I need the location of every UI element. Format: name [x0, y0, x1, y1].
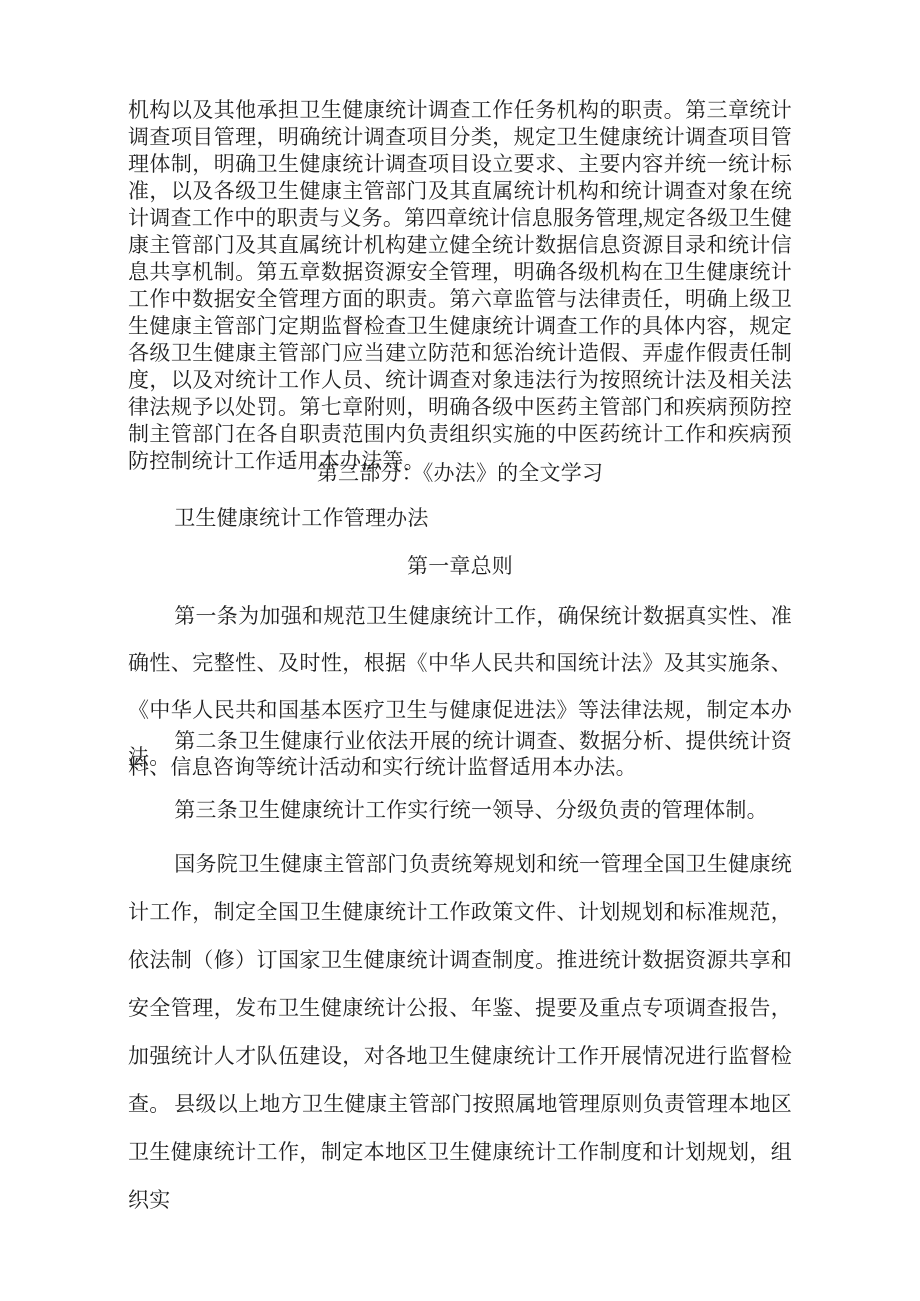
article-3-paragraph: 第三条卫生健康统计工作实行统一领导、分级负责的管理体制。 [128, 797, 792, 823]
article-2-paragraph: 第二条卫生健康行业依法开展的统计调查、数据分析、提供统计资料、信息咨询等统计活动… [128, 728, 792, 780]
doc-title: 卫生健康统计工作管理办法 [128, 505, 792, 531]
county-level-paragraph: 县级以上地方卫生健康主管部门按照属地管理原则负责管理本地区卫生健康统计工作，制定… [128, 1080, 792, 1224]
document-page: 机构以及其他承担卫生健康统计调查工作任务机构的职责。第三章统计调查项目管理，明确… [0, 0, 920, 1301]
chapter-heading: 第一章总则 [128, 552, 792, 580]
intro-paragraph: 机构以及其他承担卫生健康统计调查工作任务机构的职责。第三章统计调查项目管理，明确… [128, 97, 792, 475]
part-heading: 第三部分：《办法》的全文学习 [128, 459, 792, 487]
